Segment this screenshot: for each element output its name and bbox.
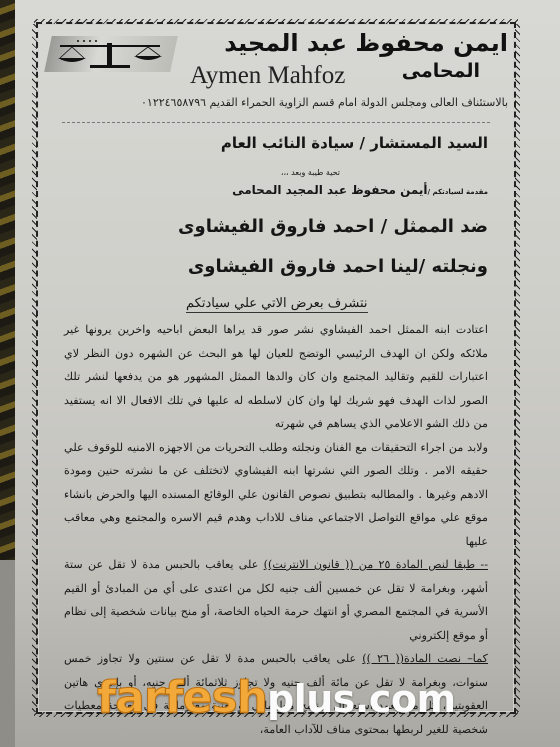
from-prefix: مقدمة لسيادتكم / <box>428 188 488 196</box>
against-line: ضد الممثل / احمد فاروق الفيشاوى <box>178 216 488 237</box>
lawyer-name-english: Aymen Mahfoz <box>190 62 345 90</box>
scales-of-justice-icon <box>44 36 178 72</box>
daughter-line: ونجلته /لينا احمد فاروق الفيشاوى <box>188 256 488 277</box>
paragraph: ولابد من اجراء التحقيقات مع الفنان ونجلت… <box>64 436 488 554</box>
site-watermark: farfeshplus.com <box>97 672 456 720</box>
paragraph: اعتادت ابنه الممثل احمد الفيشاوي نشر صور… <box>64 318 488 436</box>
article-26-lead: كما– نصت المادة(( ٢٦ )) <box>362 652 488 665</box>
greeting: تحية طيبة وبعد ،،، <box>281 168 340 177</box>
lawyer-address: بالاستئناف العالى ومجلس الدولة امام قسم … <box>141 96 508 109</box>
recipient-line: السيد المستشار / سيادة النائب العام <box>221 134 488 152</box>
background-fabric <box>0 0 16 560</box>
article-25-lead: -- طبقا لنص المادة ٢٥ من (( قانون الانتر… <box>264 558 488 571</box>
lawyer-name-arabic: ايمن محفوظ عبد المجيد <box>224 30 508 56</box>
border-right <box>515 24 520 712</box>
border-left <box>32 24 37 712</box>
watermark-domain: plus.com <box>267 677 456 721</box>
from-name: أيمن محفوظ عبد المجيد المحامى <box>232 183 427 197</box>
subject-heading: نتشرف بعرض الاتي علي سيادتكم <box>186 296 368 313</box>
divider <box>62 122 490 123</box>
from-line: مقدمة لسيادتكم /أيمن محفوظ عبد المجيد ال… <box>232 183 488 197</box>
article-25: -- طبقا لنص المادة ٢٥ من (( قانون الانتر… <box>64 553 488 647</box>
watermark-brand: farfesh <box>97 672 267 723</box>
lawyer-title: المحامى <box>402 60 480 82</box>
